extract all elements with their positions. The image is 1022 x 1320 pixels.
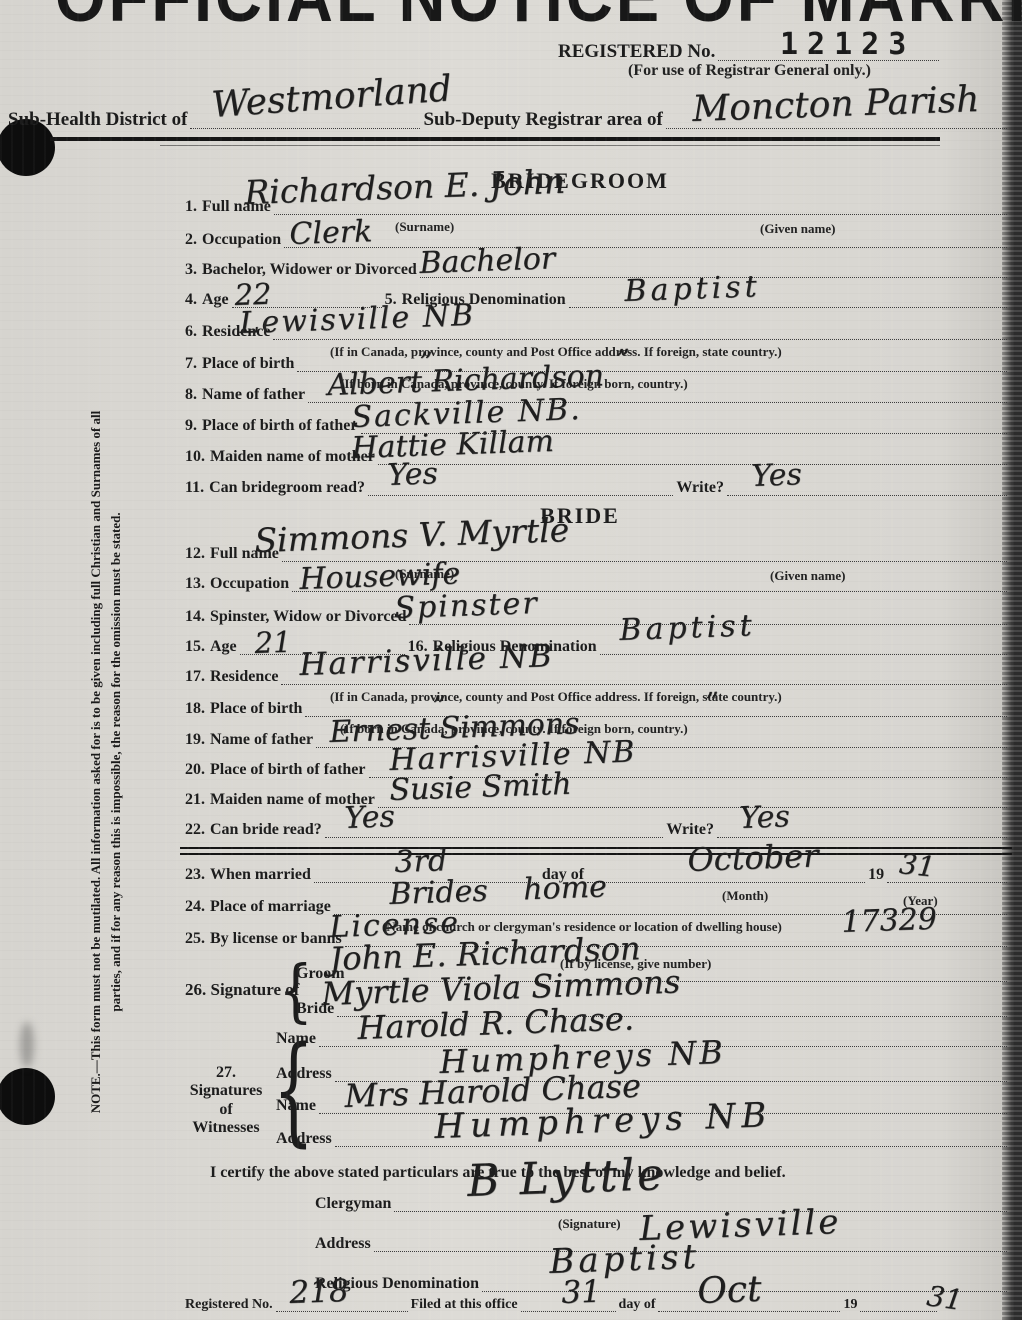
section-divider [180,847,1012,855]
field-number: 4. [185,292,197,309]
handwriting-bride-full-name: Simmons V. Myrtle [254,513,570,557]
field-number: 8. [185,387,197,404]
witnesses-word-1: Signatures [190,1082,263,1099]
scanned-marriage-form: OFFICIAL NOTICE OF MARRIAGE REGISTERED N… [0,0,1022,1320]
field-label: Can bridegroom read? [209,480,365,497]
field-label: Age [210,639,237,656]
handwriting-marriage-place: Brides home [389,872,607,910]
handwriting-registrar-area: Moncton Parish [692,82,980,128]
side-note-line-2: parties, and if for any reason this is i… [108,512,123,1011]
field-number: 2. [185,232,197,249]
field-label: Name of father [202,387,305,404]
write-label: Write? [666,822,714,839]
handwriting-license-number: 17329 [841,905,937,938]
handwriting-bride-age: 21 [254,628,292,658]
witnesses-word-2: of [219,1101,232,1118]
sub-deputy-label: Sub-Deputy Registrar area of [423,110,662,130]
field-number: 15. [185,639,205,656]
field-label: Bachelor, Widower or Divorced [202,262,417,279]
handwriting-groom-status: Bachelor [419,244,556,279]
handwriting-registered-no: 218 [289,1276,349,1309]
dotted-line [273,337,1007,340]
heavy-rule-echo [160,145,940,146]
field-number: 20. [185,762,205,779]
witnesses-label: 27. Signatures of Witnesses [183,1064,269,1138]
field-number: 17. [185,669,205,686]
field-row-groom-literacy: 11. Can bridegroom read? Write? [185,477,1010,497]
field-number: 9. [185,418,197,435]
registrar-general-note: (For use of Registrar General only.) [628,62,871,80]
side-note: NOTE.—This form must not be mutilated. A… [86,368,126,1156]
filed-label: Filed at this office [411,1298,518,1313]
field-number: 27. [216,1064,236,1081]
field-label: Place of marriage [210,899,331,916]
handwriting-groom-occupation: Clerk [289,217,373,250]
field-number: 12. [185,546,205,563]
field-number: 1. [185,199,197,216]
handwriting-marriage-day: 3rd [394,846,448,878]
dotted-line [368,493,673,496]
handwriting-bride-residence: Harrisville NB [299,641,554,681]
write-label: Write? [676,480,724,497]
dotted-line [274,212,1007,215]
handwriting-groom-can-write: Yes [751,460,802,492]
field-row-groom-mother: 10. Maiden name of mother [185,446,1010,466]
handwriting-groom-religion: Baptist [624,272,761,307]
field-label: Occupation [202,232,281,249]
field-row-bride-literacy: 22. Can bride read? Write? [185,819,1010,839]
registered-no-label: REGISTERED No. [558,42,715,62]
handwriting-bride-status: Spinster [394,589,539,624]
field-label: Age [202,292,229,309]
field-label: Can bride read? [210,822,322,839]
field-label: Place of birth [202,356,294,373]
field-label: Name of father [210,732,313,749]
field-row-bride-birthplace: 18. Place of birth [185,698,1010,718]
field-number: 25. [185,931,205,948]
name-label: Name [276,1031,316,1048]
field-number: 23. [185,867,205,884]
dotted-line [587,880,865,883]
dotted-line [190,126,420,129]
dotted-line [727,493,1007,496]
handwriting-filed-day: 31 [561,1277,602,1309]
dotted-line [600,652,1007,655]
field-number: 6. [185,324,197,341]
field-number: 3. [185,262,197,279]
field-label: Residence [210,669,278,686]
field-label: Place of birth of father [210,762,366,779]
year-prefix: 19 [843,1298,857,1313]
dotted-line [281,682,1007,685]
day-of-label: day of [619,1298,656,1313]
dotted-line [325,835,664,838]
field-label: Occupation [210,576,289,593]
registered-no-stamp: 12123 [780,27,915,62]
field-number: 13. [185,576,205,593]
handwriting-clergyman-religion: Baptist [549,1240,701,1279]
address-label: Address [276,1066,332,1083]
field-label: Place of birth [210,701,302,718]
clergyman-label: Clergyman [315,1196,391,1213]
dotted-line [378,462,1007,465]
address-label: Address [315,1236,371,1253]
field-label: When married [210,867,311,884]
handwriting-marriage-year: 31 [898,850,936,882]
witnesses-word-3: Witnesses [192,1119,259,1136]
field-number: 10. [185,449,205,466]
signature-note: (Signature) [558,1216,621,1232]
year-prefix: 19 [868,867,884,884]
field-number: 24. [185,899,205,916]
field-row-bride-status: 14. Spinster, Widow or Divorced [185,606,1010,626]
field-number: 21. [185,792,205,809]
side-note-line-1: NOTE.—This form must not be mutilated. A… [88,411,103,1114]
field-label: Maiden name of mother [210,449,375,466]
handwriting-filed-month: Oct [697,1272,762,1310]
handwriting-bride-can-write: Yes [739,802,790,834]
heavy-rule [50,137,940,141]
registered-no-label: Registered No. [185,1298,273,1313]
dotted-line [284,245,1007,248]
field-number: 18. [185,701,205,718]
handwriting-filed-year: 31 [925,1282,964,1315]
sub-health-district-label: Sub-Health District of [8,110,187,130]
field-label: Spinster, Widow or Divorced [210,609,406,626]
field-number: 7. [185,356,197,373]
scan-smudge [20,1022,34,1068]
field-number: 19. [185,732,205,749]
handwriting-groom-can-read: Yes [387,459,438,491]
handwriting-groom-mother: Hattie Killam [351,427,555,464]
handwriting-bride-religion: Baptist [619,611,756,646]
field-row-groom-status: 3. Bachelor, Widower or Divorced [185,259,1010,279]
address-label: Address [276,1131,332,1148]
field-number: 26. [185,980,206,999]
field-label: Place of birth of father [202,418,358,435]
handwriting-bride-mother: Susie Smith [389,770,572,806]
name-label: Name [276,1098,316,1115]
handwriting-groom-birthplace-ditto-2: ” [616,347,630,373]
handwriting-clergyman-signature: B Lyttle [466,1153,667,1204]
field-number: 22. [185,822,205,839]
hole-punch-bottom [0,1068,55,1125]
field-number: 11. [185,480,204,497]
handwriting-marriage-month: October [687,839,819,876]
handwriting-bride-can-read: Yes [344,802,395,834]
field-row-bride-mother: 21. Maiden name of mother [185,789,1010,809]
handwriting-groom-full-name: Richardson E. John [244,165,566,209]
field-row-groom-father-birthplace: 9. Place of birth of father [185,415,1010,435]
dotted-line [378,805,1007,808]
handwriting-groom-residence: Lewisville NB [239,301,476,339]
handwriting-bride-birthplace-ditto-2: ” [705,690,719,716]
field-label: By license or banns [210,931,342,948]
field-number: 14. [185,609,205,626]
